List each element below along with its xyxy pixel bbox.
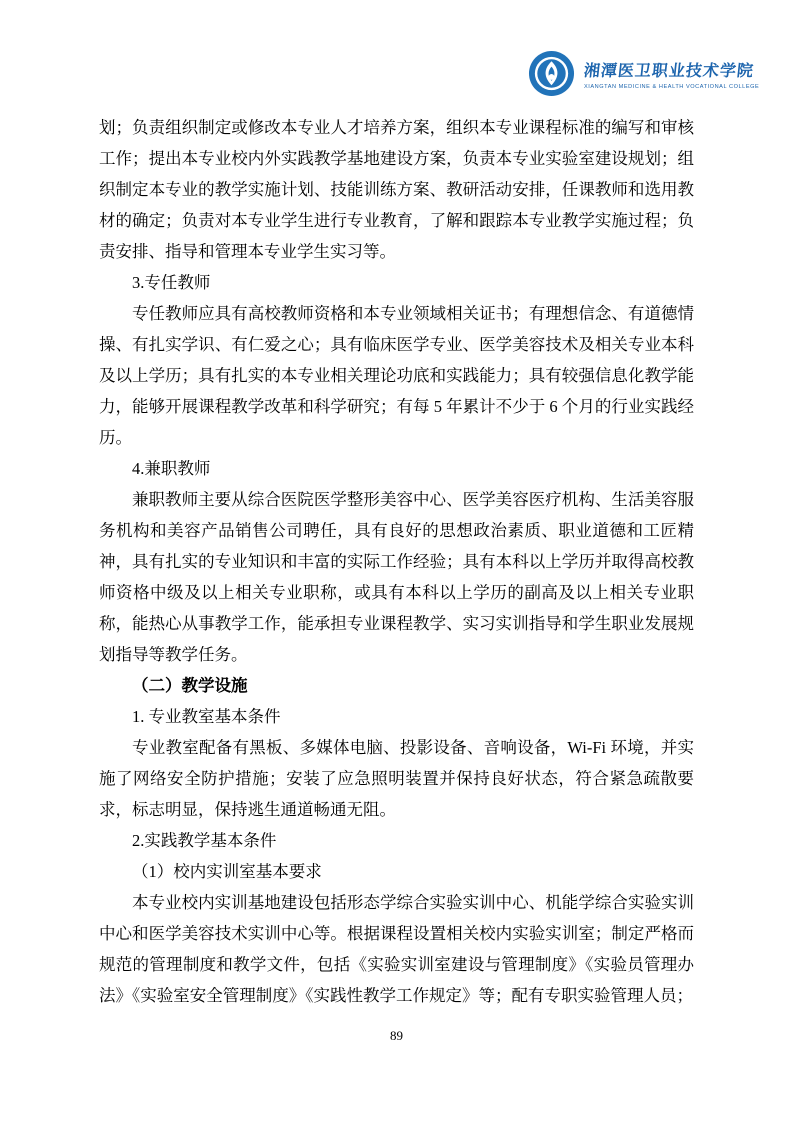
paragraph: 专任教师应具有高校教师资格和本专业领域相关证书；有理想信念、有道德情操、有扎实学… (99, 298, 694, 453)
college-name-zh: 湘潭医卫职业技术学院 (583, 58, 761, 81)
college-name-en: XIANGTAN MEDICINE & HEALTH VOCATIONAL CO… (584, 84, 759, 90)
page-number: 89 (390, 1028, 403, 1043)
paragraph: 专业教室配备有黑板、多媒体电脑、投影设备、音响设备，Wi-Fi 环境，并实施了网… (99, 732, 694, 825)
paragraph: （1）校内实训室基本要求 (99, 856, 694, 887)
document-page: 湘潭医卫职业技术学院 XIANGTAN MEDICINE & HEALTH VO… (0, 0, 793, 1122)
paragraph: 本专业校内实训基地建设包括形态学综合实验实训中心、机能学综合实验实训中心和医学美… (99, 887, 694, 1011)
paragraph: 划；负责组织制定或修改本专业人才培养方案，组织本专业课程标准的编写和审核工作；提… (99, 112, 694, 267)
paragraph: 兼职教师主要从综合医院医学整形美容中心、医学美容医疗机构、生活美容服务机构和美容… (99, 484, 694, 670)
paragraph: 4.兼职教师 (99, 453, 694, 484)
college-emblem-icon (528, 50, 575, 97)
paragraph: 1. 专业教室基本条件 (99, 701, 694, 732)
document-body: 划；负责组织制定或修改本专业人才培养方案，组织本专业课程标准的编写和审核工作；提… (99, 112, 694, 1011)
college-logo: 湘潭医卫职业技术学院 XIANGTAN MEDICINE & HEALTH VO… (528, 50, 759, 97)
paragraph: 3.专任教师 (99, 267, 694, 298)
paragraph: 2.实践教学基本条件 (99, 825, 694, 856)
page-footer: 89 (0, 1028, 793, 1044)
college-name-block: 湘潭医卫职业技术学院 XIANGTAN MEDICINE & HEALTH VO… (584, 58, 759, 90)
paragraph: （二）教学设施 (99, 670, 694, 701)
